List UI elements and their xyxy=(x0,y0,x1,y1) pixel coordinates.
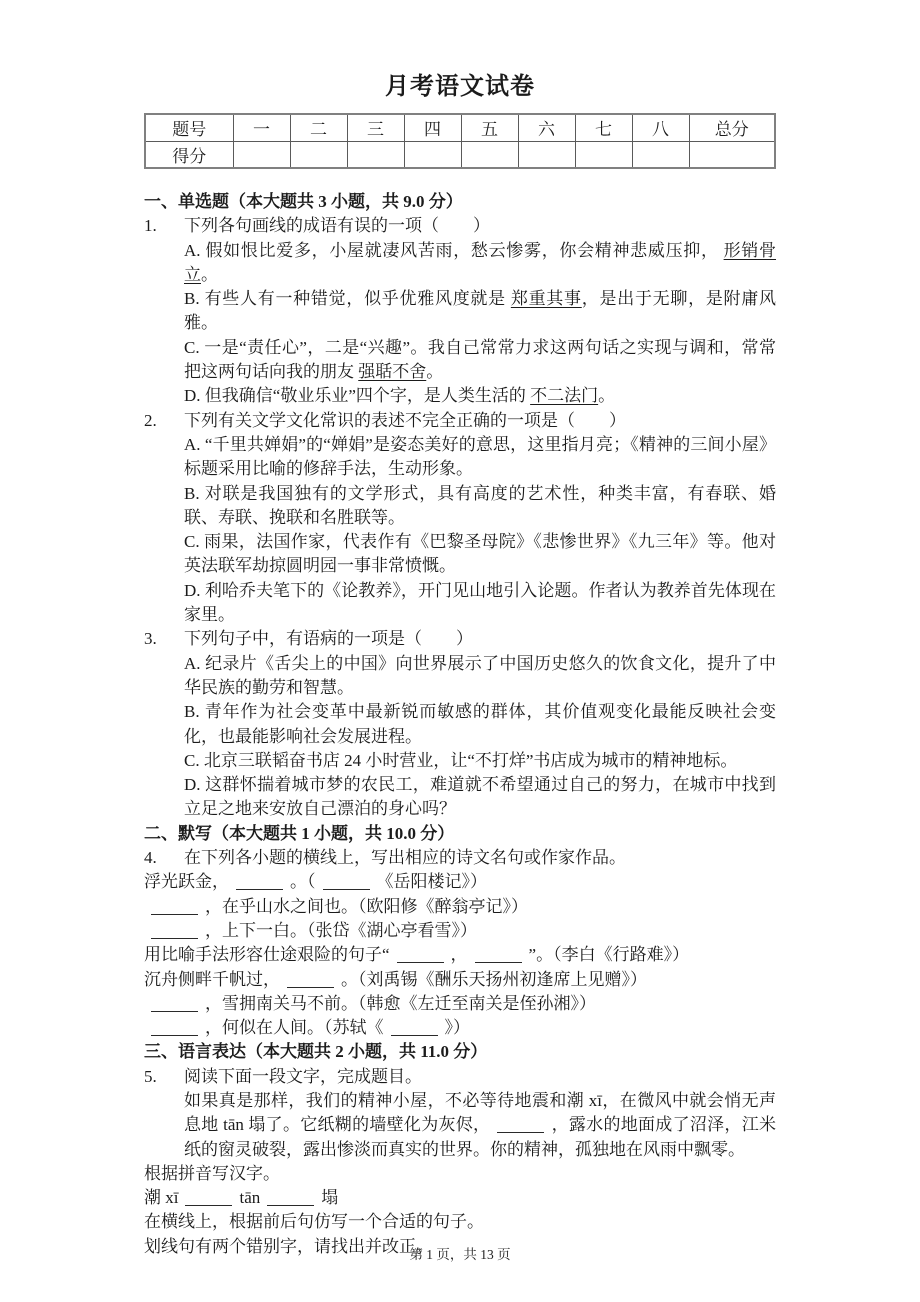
section-2-heading: 二、默写（本大题共 1 小题，共 10.0 分） xyxy=(144,822,776,846)
score-table-header-row: 题号 一 二 三 四 五 六 七 八 总分 xyxy=(145,114,775,141)
question-5-subtask-pinyin-blanks: 潮 xītān塌 xyxy=(144,1186,776,1210)
answer-blank xyxy=(267,1193,314,1206)
question-3-option-c: C. 北京三联韬奋书店 24 小时营业，让“不打烊”书店成为城市的精神地标。 xyxy=(184,749,776,773)
dictation-line-5: 沉舟侧畔千帆过，。（刘禹锡《酬乐天扬州初逢席上见赠》） xyxy=(144,968,776,992)
question-3-option-a: A. 纪录片《舌尖上的中国》向世界展示了中国历史悠久的饮食文化，提升了中华民族的… xyxy=(184,652,776,701)
question-5-passage: 如果真是那样，我们的精神小屋，不必等待地震和潮 xī，在微风中就会悄无声息地 t… xyxy=(184,1089,776,1162)
question-1-option-b: B. 有些人有一种错觉，似乎优雅风度就是 郑重其事，是出于无聊，是附庸风雅。 xyxy=(184,287,776,336)
question-3-option-b: B. 青年作为社会变革中最新锐而敏感的群体，其价值观变化最能反映社会变化，也最能… xyxy=(184,700,776,749)
text-run: tān xyxy=(239,1188,260,1207)
dictation-line-4: 用比喻手法形容仕途艰险的句子“，”。（李白《行路难》） xyxy=(144,943,776,967)
score-table-header-cell: 五 xyxy=(461,114,518,141)
text-run: 沉舟侧畔千帆过， xyxy=(144,970,280,989)
section-1-heading: 一、单选题（本大题共 3 小题，共 9.0 分） xyxy=(144,190,776,214)
dictation-line-2: ，在乎山水之间也。（欧阳修《醉翁亭记》） xyxy=(144,895,776,919)
score-cell xyxy=(290,141,347,168)
answer-blank xyxy=(151,1023,198,1036)
score-cell xyxy=(461,141,518,168)
question-2: 2. 下列有关文学文化常识的表述不完全正确的一项是（ ） A. “千里共婵娟”的… xyxy=(144,409,776,628)
answer-blank xyxy=(323,877,370,890)
score-table-header-cell: 三 xyxy=(347,114,404,141)
answer-blank xyxy=(497,1120,544,1133)
answer-blank xyxy=(397,950,444,963)
text-run: 《岳阳楼记》） xyxy=(377,872,488,891)
dictation-line-6: ，雪拥南关马不前。（韩愈《左迁至南关是侄孙湘》） xyxy=(144,992,776,1016)
text-run: 。（ xyxy=(290,872,316,891)
question-1: 1. 下列各句画线的成语有误的一项（ ） A. 假如恨比爱多，小屋就凄风苦雨，愁… xyxy=(144,214,776,408)
text-run: 潮 xī xyxy=(144,1188,178,1207)
text-run: ，上下一白。（张岱《湖心亭看雪》） xyxy=(205,921,477,940)
score-cell xyxy=(404,141,461,168)
text-run: ， xyxy=(451,945,468,964)
score-table-header-cell: 六 xyxy=(518,114,575,141)
question-2-option-c: C. 雨果，法国作家，代表作有《巴黎圣母院》《悲惨世界》《九三年》等。他对英法联… xyxy=(184,530,776,579)
text-run: C. 一是“责任心”，二是“兴趣”。我自己常常力求这两句话之实现与调和，常常把这… xyxy=(184,338,776,381)
score-table-header-cell: 七 xyxy=(575,114,632,141)
underlined-phrase: 郑重其事 xyxy=(511,289,582,308)
question-1-option-a: A. 假如恨比爱多，小屋就凄风苦雨，愁云惨雾，你会精神悲威压抑， 形销骨立。 xyxy=(184,239,776,288)
question-5-stem: 阅读下面一段文字，完成题目。 xyxy=(184,1065,776,1089)
question-2-option-a: A. “千里共婵娟”的“婵娟”是姿态美好的意思，这里指月亮；《精神的三间小屋》标… xyxy=(184,433,776,482)
text-run: 。 xyxy=(201,265,218,284)
score-table: 题号 一 二 三 四 五 六 七 八 总分 得分 xyxy=(144,113,776,169)
answer-blank xyxy=(391,1023,438,1036)
dictation-line-3: ，上下一白。（张岱《湖心亭看雪》） xyxy=(144,919,776,943)
question-2-number: 2. xyxy=(144,409,157,433)
question-5: 5. 阅读下面一段文字，完成题目。 如果真是那样，我们的精神小屋，不必等待地震和… xyxy=(144,1065,776,1162)
score-cell xyxy=(233,141,290,168)
question-5-number: 5. xyxy=(144,1065,157,1089)
question-1-option-d: D. 但我确信“敬业乐业”四个字，是人类生活的 不二法门。 xyxy=(184,384,776,408)
question-3-stem: 下列句子中，有语病的一项是（ ） xyxy=(184,627,776,651)
score-cell xyxy=(689,141,775,168)
text-run: ，在乎山水之间也。（欧阳修《醉翁亭记》） xyxy=(205,897,528,916)
question-1-number: 1. xyxy=(144,214,157,238)
text-run: D. 但我确信“敬业乐业”四个字，是人类生活的 xyxy=(184,386,530,405)
answer-blank xyxy=(287,975,334,988)
question-2-option-b: B. 对联是我国独有的文学形式，具有高度的艺术性，种类丰富，有春联、婚联、寿联、… xyxy=(184,482,776,531)
score-row-label: 得分 xyxy=(145,141,233,168)
question-3: 3. 下列句子中，有语病的一项是（ ） A. 纪录片《舌尖上的中国》向世界展示了… xyxy=(144,627,776,821)
score-cell xyxy=(518,141,575,168)
text-run: ，雪拥南关马不前。（韩愈《左迁至南关是侄孙湘》） xyxy=(205,994,596,1013)
underlined-phrase: 不二法门 xyxy=(530,386,598,405)
text-run: 》） xyxy=(445,1018,471,1037)
exam-page: 月考语文试卷 题号 一 二 三 四 五 六 七 八 总分 xyxy=(0,0,920,1302)
question-3-option-d: D. 这群怀揣着城市梦的农民工，难道就不希望通过自己的努力，在城市中找到立足之地… xyxy=(184,773,776,822)
question-4-stem: 在下列各小题的横线上，写出相应的诗文名句或作家作品。 xyxy=(184,846,776,870)
dictation-line-1: 浮光跃金，。（《岳阳楼记》） xyxy=(144,870,776,894)
answer-blank xyxy=(151,926,198,939)
text-run: 。（刘禹锡《酬乐天扬州初逢席上见赠》） xyxy=(341,970,647,989)
score-cell xyxy=(575,141,632,168)
page-title: 月考语文试卷 xyxy=(144,72,776,102)
text-run: 。 xyxy=(426,362,443,381)
question-4-number: 4. xyxy=(144,846,157,870)
dictation-line-7: ，何似在人间。（苏轼《》） xyxy=(144,1016,776,1040)
exam-content: 月考语文试卷 题号 一 二 三 四 五 六 七 八 总分 xyxy=(144,72,776,1259)
text-run: A. 假如恨比爱多，小屋就凄风苦雨，愁云惨雾，你会精神悲威压抑， xyxy=(184,241,724,260)
answer-blank xyxy=(475,950,522,963)
answer-blank xyxy=(151,999,198,1012)
question-5-subtask-pinyin-label: 根据拼音写汉字。 xyxy=(144,1162,776,1186)
page-footer: 第 1 页，共 13 页 xyxy=(0,1243,920,1263)
question-1-option-c: C. 一是“责任心”，二是“兴趣”。我自己常常力求这两句话之实现与调和，常常把这… xyxy=(184,336,776,385)
underlined-phrase: 强聒不舍 xyxy=(358,362,426,381)
answer-blank xyxy=(236,877,283,890)
question-1-stem: 下列各句画线的成语有误的一项（ ） xyxy=(184,214,776,238)
score-table-score-row: 得分 xyxy=(145,141,775,168)
answer-blank xyxy=(151,902,198,915)
question-4: 4. 在下列各小题的横线上，写出相应的诗文名句或作家作品。 xyxy=(144,846,776,870)
text-run: 浮光跃金， xyxy=(144,872,229,891)
answer-blank xyxy=(185,1193,232,1206)
text-run: ，何似在人间。（苏轼《 xyxy=(205,1018,384,1037)
score-table-header-cell: 二 xyxy=(290,114,347,141)
text-run: ”。（李白《行路难》） xyxy=(529,945,690,964)
score-table-header-cell: 四 xyxy=(404,114,461,141)
score-table-header-cell: 题号 xyxy=(145,114,233,141)
question-5-subtask-imitation: 在横线上，根据前后句仿写一个合适的句子。 xyxy=(144,1210,776,1234)
question-2-option-d: D. 利哈乔夫笔下的《论教养》，开门见山地引入论题。作者认为教养首先体现在家里。 xyxy=(184,579,776,628)
score-cell xyxy=(632,141,689,168)
text-run: B. 有些人有一种错觉，似乎优雅风度就是 xyxy=(184,289,511,308)
question-3-number: 3. xyxy=(144,627,157,651)
text-run: 用比喻手法形容仕途艰险的句子“ xyxy=(144,945,390,964)
score-table-header-cell: 八 xyxy=(632,114,689,141)
section-3-heading: 三、语言表达（本大题共 2 小题，共 11.0 分） xyxy=(144,1040,776,1064)
score-table-header-cell: 总分 xyxy=(689,114,775,141)
score-table-header-cell: 一 xyxy=(233,114,290,141)
score-cell xyxy=(347,141,404,168)
text-run: 。 xyxy=(598,386,615,405)
text-run: 塌 xyxy=(321,1188,338,1207)
question-2-stem: 下列有关文学文化常识的表述不完全正确的一项是（ ） xyxy=(184,409,776,433)
